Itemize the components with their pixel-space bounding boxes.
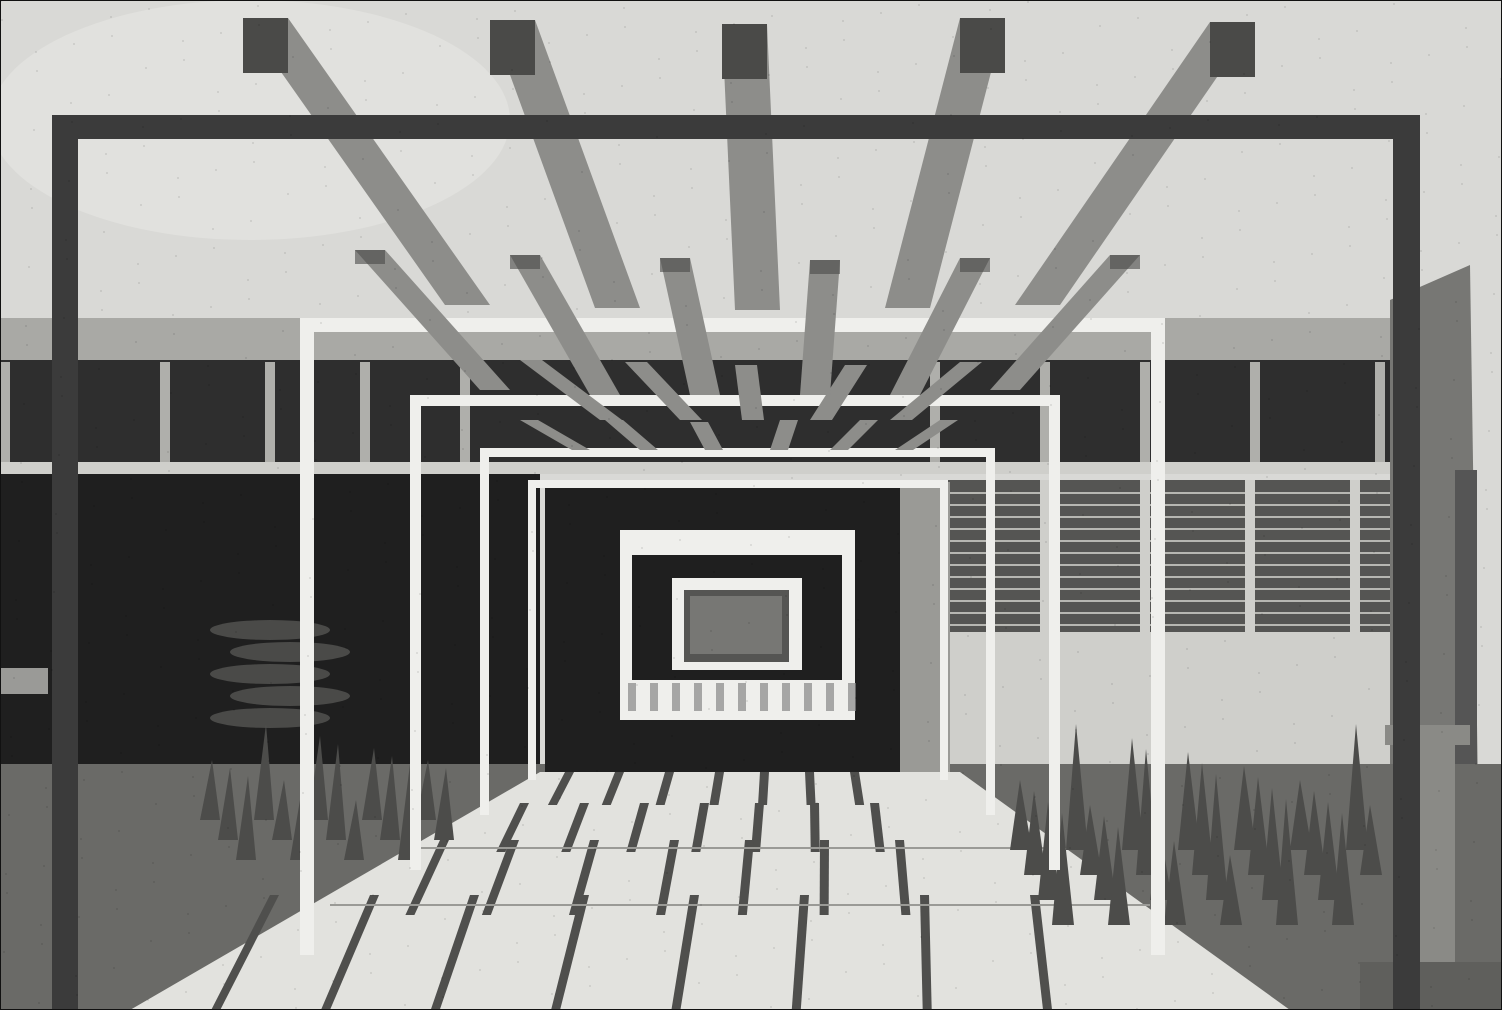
film-grain <box>1060 130 1062 132</box>
film-grain <box>126 634 128 636</box>
film-grain <box>982 224 984 226</box>
film-grain <box>360 236 362 238</box>
film-grain <box>748 622 750 624</box>
film-grain <box>686 324 688 326</box>
film-grain <box>1204 178 1206 180</box>
front-portal-frame-top <box>52 115 1420 139</box>
film-grain <box>1253 809 1255 811</box>
film-grain <box>726 238 728 240</box>
film-grain <box>912 122 914 124</box>
film-grain <box>1395 935 1397 937</box>
film-grain <box>289 115 291 117</box>
film-grain <box>385 561 387 563</box>
film-grain <box>850 834 852 836</box>
film-grain <box>285 271 287 273</box>
film-grain <box>1331 715 1333 717</box>
film-grain <box>330 48 332 50</box>
louver-slat <box>948 504 1448 506</box>
film-grain <box>1179 863 1181 865</box>
film-grain <box>472 174 474 176</box>
film-grain <box>377 757 379 759</box>
film-grain <box>237 553 239 555</box>
film-grain <box>467 311 469 313</box>
film-grain <box>101 309 103 311</box>
film-grain <box>1189 589 1191 591</box>
film-grain <box>1328 774 1330 776</box>
film-grain <box>260 956 262 958</box>
film-grain <box>1236 288 1238 290</box>
film-grain <box>549 61 551 63</box>
film-grain <box>646 410 648 412</box>
film-grain <box>1481 645 1483 647</box>
film-grain <box>150 940 152 942</box>
film-grain <box>1107 839 1109 841</box>
louver-slat <box>948 624 1448 626</box>
film-grain <box>1146 734 1148 736</box>
film-grain <box>1077 651 1079 653</box>
film-grain <box>277 467 279 469</box>
film-grain <box>322 244 324 246</box>
film-grain <box>228 846 230 848</box>
film-grain <box>586 34 588 36</box>
tunnel-floor-shadow <box>738 683 746 711</box>
film-grain <box>708 708 710 710</box>
film-grain <box>165 529 167 531</box>
film-grain <box>915 63 917 65</box>
film-grain <box>212 228 214 230</box>
film-grain <box>631 821 633 823</box>
film-grain <box>26 344 28 346</box>
film-grain <box>601 633 603 635</box>
film-grain <box>198 658 200 660</box>
window-mullion <box>1250 362 1260 465</box>
film-grain <box>531 531 533 533</box>
film-grain <box>105 153 107 155</box>
film-grain <box>918 4 920 6</box>
film-grain <box>1126 272 1128 274</box>
film-grain <box>566 582 568 584</box>
film-grain <box>162 588 164 590</box>
film-grain <box>1324 930 1326 932</box>
film-grain <box>1391 81 1393 83</box>
white-portal-frame-right-post <box>1151 318 1165 955</box>
film-grain <box>883 963 885 965</box>
film-grain <box>1222 718 1224 720</box>
film-grain <box>581 171 583 173</box>
film-grain <box>1294 742 1296 744</box>
film-grain <box>791 477 793 479</box>
film-grain <box>1112 702 1114 704</box>
film-grain <box>1014 334 1016 336</box>
film-grain <box>1483 567 1485 569</box>
film-grain <box>456 566 458 568</box>
film-grain <box>35 51 37 53</box>
film-grain <box>1283 997 1285 999</box>
film-grain <box>36 70 38 72</box>
film-grain <box>1224 640 1226 642</box>
film-grain <box>653 195 655 197</box>
film-grain <box>1358 962 1360 964</box>
window-mullion <box>360 362 370 465</box>
film-grain <box>73 43 75 45</box>
film-grain <box>995 901 997 903</box>
film-grain <box>88 642 90 644</box>
film-grain <box>238 572 240 574</box>
film-grain <box>651 273 653 275</box>
film-grain <box>1106 820 1108 822</box>
film-grain <box>446 840 448 842</box>
film-grain <box>1264 554 1266 556</box>
film-grain <box>676 598 678 600</box>
film-grain <box>516 942 518 944</box>
film-grain <box>1368 688 1370 690</box>
film-grain <box>1019 197 1021 199</box>
film-grain <box>1309 331 1311 333</box>
film-grain <box>959 831 961 833</box>
film-grain <box>756 426 758 428</box>
film-grain <box>407 945 409 947</box>
tunnel-floor-shadow <box>716 683 724 711</box>
film-grain <box>1271 339 1273 341</box>
film-grain <box>788 536 790 538</box>
film-grain <box>703 845 705 847</box>
film-grain <box>933 603 935 605</box>
film-grain <box>603 555 605 557</box>
film-grain <box>952 36 954 38</box>
film-grain <box>845 971 847 973</box>
film-grain <box>268 760 270 762</box>
film-grain <box>1004 608 1006 610</box>
film-grain <box>405 13 407 15</box>
film-grain <box>563 641 565 643</box>
film-grain <box>1343 363 1345 365</box>
film-grain <box>497 499 499 501</box>
film-grain <box>409 867 411 869</box>
film-grain <box>1147 753 1149 755</box>
film-grain <box>1396 954 1398 956</box>
film-grain <box>372 894 374 896</box>
film-grain <box>466 292 468 294</box>
film-grain <box>1375 473 1377 475</box>
film-grain <box>1055 267 1057 269</box>
film-grain <box>462 448 464 450</box>
film-grain <box>751 563 753 565</box>
louver-slat <box>948 612 1448 614</box>
film-grain <box>885 885 887 887</box>
film-grain <box>509 147 511 149</box>
film-grain <box>1054 248 1056 250</box>
film-grain <box>143 145 145 147</box>
film-grain <box>1418 328 1420 330</box>
film-grain <box>616 222 618 224</box>
film-grain <box>389 405 391 407</box>
film-grain <box>350 510 352 512</box>
film-grain <box>783 673 785 675</box>
tunnel-floor-shadow <box>760 683 768 711</box>
film-grain <box>1486 508 1488 510</box>
film-grain <box>1238 210 1240 212</box>
film-grain <box>1359 981 1361 983</box>
film-grain <box>30 188 32 190</box>
film-grain <box>412 808 414 810</box>
film-grain <box>624 26 626 28</box>
film-grain <box>1027 1 1029 3</box>
film-grain <box>1216 836 1218 838</box>
film-grain <box>5 873 7 875</box>
film-grain <box>436 104 438 106</box>
film-grain <box>902 396 904 398</box>
beam-end-face <box>1110 255 1140 269</box>
film-grain <box>725 219 727 221</box>
film-grain <box>1192 530 1194 532</box>
film-grain <box>387 483 389 485</box>
film-grain <box>1177 941 1179 943</box>
film-grain <box>867 345 869 347</box>
film-grain <box>913 141 915 143</box>
film-grain <box>974 420 976 422</box>
film-grain <box>1142 890 1144 892</box>
film-grain <box>1166 186 1168 188</box>
film-grain <box>695 31 697 33</box>
film-grain <box>60 376 62 378</box>
film-grain <box>1111 683 1113 685</box>
film-grain <box>367 21 369 23</box>
film-grain <box>613 281 615 283</box>
film-grain <box>1029 933 1031 935</box>
film-grain <box>553 915 555 917</box>
film-grain <box>1182 804 1184 806</box>
film-grain <box>649 351 651 353</box>
film-grain <box>1241 151 1243 153</box>
film-grain <box>1415 387 1417 389</box>
film-grain <box>263 897 265 899</box>
path-shadow-stripe <box>810 803 820 852</box>
film-grain <box>282 330 284 332</box>
film-grain <box>1121 409 1123 411</box>
film-grain <box>593 829 595 831</box>
film-grain <box>210 306 212 308</box>
film-grain <box>738 896 740 898</box>
tunnel-floor-shadow <box>826 683 834 711</box>
film-grain <box>392 346 394 348</box>
film-grain <box>287 193 289 195</box>
film-grain <box>248 298 250 300</box>
film-grain <box>795 321 797 323</box>
louver-mullion <box>1040 480 1050 632</box>
film-grain <box>1440 712 1442 714</box>
window-mullion <box>160 362 170 465</box>
film-grain <box>16 618 18 620</box>
film-grain <box>374 816 376 818</box>
film-grain <box>868 364 870 366</box>
film-grain <box>507 225 509 227</box>
film-grain <box>369 953 371 955</box>
film-grain <box>1072 788 1074 790</box>
film-grain <box>252 142 254 144</box>
film-grain <box>496 480 498 482</box>
white-portal-frame-right-post <box>940 480 948 780</box>
film-grain <box>155 803 157 805</box>
film-grain <box>688 246 690 248</box>
louver-slat <box>948 576 1448 578</box>
film-grain <box>1314 194 1316 196</box>
film-grain <box>157 725 159 727</box>
film-grain <box>15 599 17 601</box>
film-grain <box>1219 777 1221 779</box>
film-grain <box>1475 763 1477 765</box>
film-grain <box>950 114 952 116</box>
film-grain <box>110 16 112 18</box>
film-grain <box>1012 412 1014 414</box>
film-grain <box>705 767 707 769</box>
tunnel-far-landscape <box>690 596 782 654</box>
film-grain <box>197 639 199 641</box>
film-grain <box>442 996 444 998</box>
film-grain <box>683 383 685 385</box>
beam-end-face <box>355 250 385 264</box>
architectural-photo <box>0 0 1502 1010</box>
film-grain <box>121 771 123 773</box>
film-grain <box>1154 538 1156 540</box>
film-grain <box>80 838 82 840</box>
film-grain <box>309 577 311 579</box>
film-grain <box>569 523 571 525</box>
film-grain <box>920 936 922 938</box>
film-grain <box>1259 691 1261 693</box>
film-grain <box>574 386 576 388</box>
film-grain <box>1363 825 1365 827</box>
film-grain <box>823 587 825 589</box>
film-grain <box>294 988 296 990</box>
film-grain <box>786 614 788 616</box>
white-portal-frame-left-post <box>410 395 421 870</box>
window-mullion <box>1140 362 1150 465</box>
film-grain <box>1042 600 1044 602</box>
film-grain <box>636 684 638 686</box>
film-grain <box>380 698 382 700</box>
film-grain <box>659 77 661 79</box>
white-portal-frame-left-post <box>528 480 536 780</box>
film-grain <box>882 944 884 946</box>
film-grain <box>118 830 120 832</box>
beam-end-face <box>960 18 1005 73</box>
film-grain <box>253 161 255 163</box>
film-grain <box>1460 164 1462 166</box>
film-grain <box>240 494 242 496</box>
film-grain <box>639 625 641 627</box>
film-grain <box>1301 527 1303 529</box>
film-grain <box>1321 989 1323 991</box>
film-grain <box>880 12 882 14</box>
film-grain <box>965 713 967 715</box>
film-grain <box>242 416 244 418</box>
film-grain <box>1139 949 1141 951</box>
film-grain <box>33 129 35 131</box>
film-grain <box>644 488 646 490</box>
beam-end-face <box>722 24 767 79</box>
film-grain <box>1480 626 1482 628</box>
film-grain <box>750 544 752 546</box>
film-grain <box>621 85 623 87</box>
film-grain <box>0 0 2 2</box>
film-grain <box>1034 796 1036 798</box>
film-grain <box>1131 135 1133 137</box>
film-grain <box>347 569 349 571</box>
film-grain <box>223 983 225 985</box>
film-grain <box>1047 463 1049 465</box>
film-grain <box>1122 428 1124 430</box>
white-portal-frame-top <box>410 395 1060 406</box>
film-grain <box>1313 175 1315 177</box>
film-grain <box>185 991 187 993</box>
film-grain <box>1388 140 1390 142</box>
film-grain <box>307 655 309 657</box>
film-grain <box>324 166 326 168</box>
film-grain <box>1057 189 1059 191</box>
film-grain <box>825 509 827 511</box>
film-grain <box>1308 312 1310 314</box>
film-grain <box>842 20 844 22</box>
film-grain <box>720 356 722 358</box>
film-grain <box>1207 119 1209 121</box>
film-grain <box>561 719 563 721</box>
film-grain <box>340 784 342 786</box>
film-grain <box>1348 226 1350 228</box>
film-grain <box>967 635 969 637</box>
film-grain <box>344 628 346 630</box>
fern-frond <box>230 686 350 706</box>
film-grain <box>1393 3 1395 5</box>
film-grain <box>1087 377 1089 379</box>
film-grain <box>160 666 162 668</box>
film-grain <box>1243 73 1245 75</box>
white-portal-frame-right-post <box>986 448 995 815</box>
tunnel-floor-shadow <box>804 683 812 711</box>
film-grain <box>431 241 433 243</box>
film-grain <box>1431 1005 1433 1007</box>
film-grain <box>1169 127 1171 129</box>
film-grain <box>1430 986 1432 988</box>
film-grain <box>1030 952 1032 954</box>
film-grain <box>106 172 108 174</box>
film-grain <box>255 83 257 85</box>
film-grain <box>1049 385 1051 387</box>
film-grain <box>803 125 805 127</box>
film-grain <box>499 421 501 423</box>
film-grain <box>1226 562 1228 564</box>
film-grain <box>698 982 700 984</box>
film-grain <box>207 365 209 367</box>
film-grain <box>1306 390 1308 392</box>
film-grain <box>75 975 77 977</box>
film-grain <box>715 493 717 495</box>
film-grain <box>1129 213 1131 215</box>
film-grain <box>910 200 912 202</box>
film-grain <box>334 902 336 904</box>
film-grain <box>656 136 658 138</box>
film-grain <box>1156 460 1158 462</box>
film-grain <box>583 93 585 95</box>
film-grain <box>471 155 473 157</box>
film-grain <box>1416 406 1418 408</box>
film-grain <box>1050 404 1052 406</box>
film-grain <box>940 388 942 390</box>
film-grain <box>202 502 204 504</box>
film-grain <box>878 90 880 92</box>
film-grain <box>70 102 72 104</box>
film-grain <box>215 169 217 171</box>
tunnel-floor-shadow <box>672 683 680 711</box>
